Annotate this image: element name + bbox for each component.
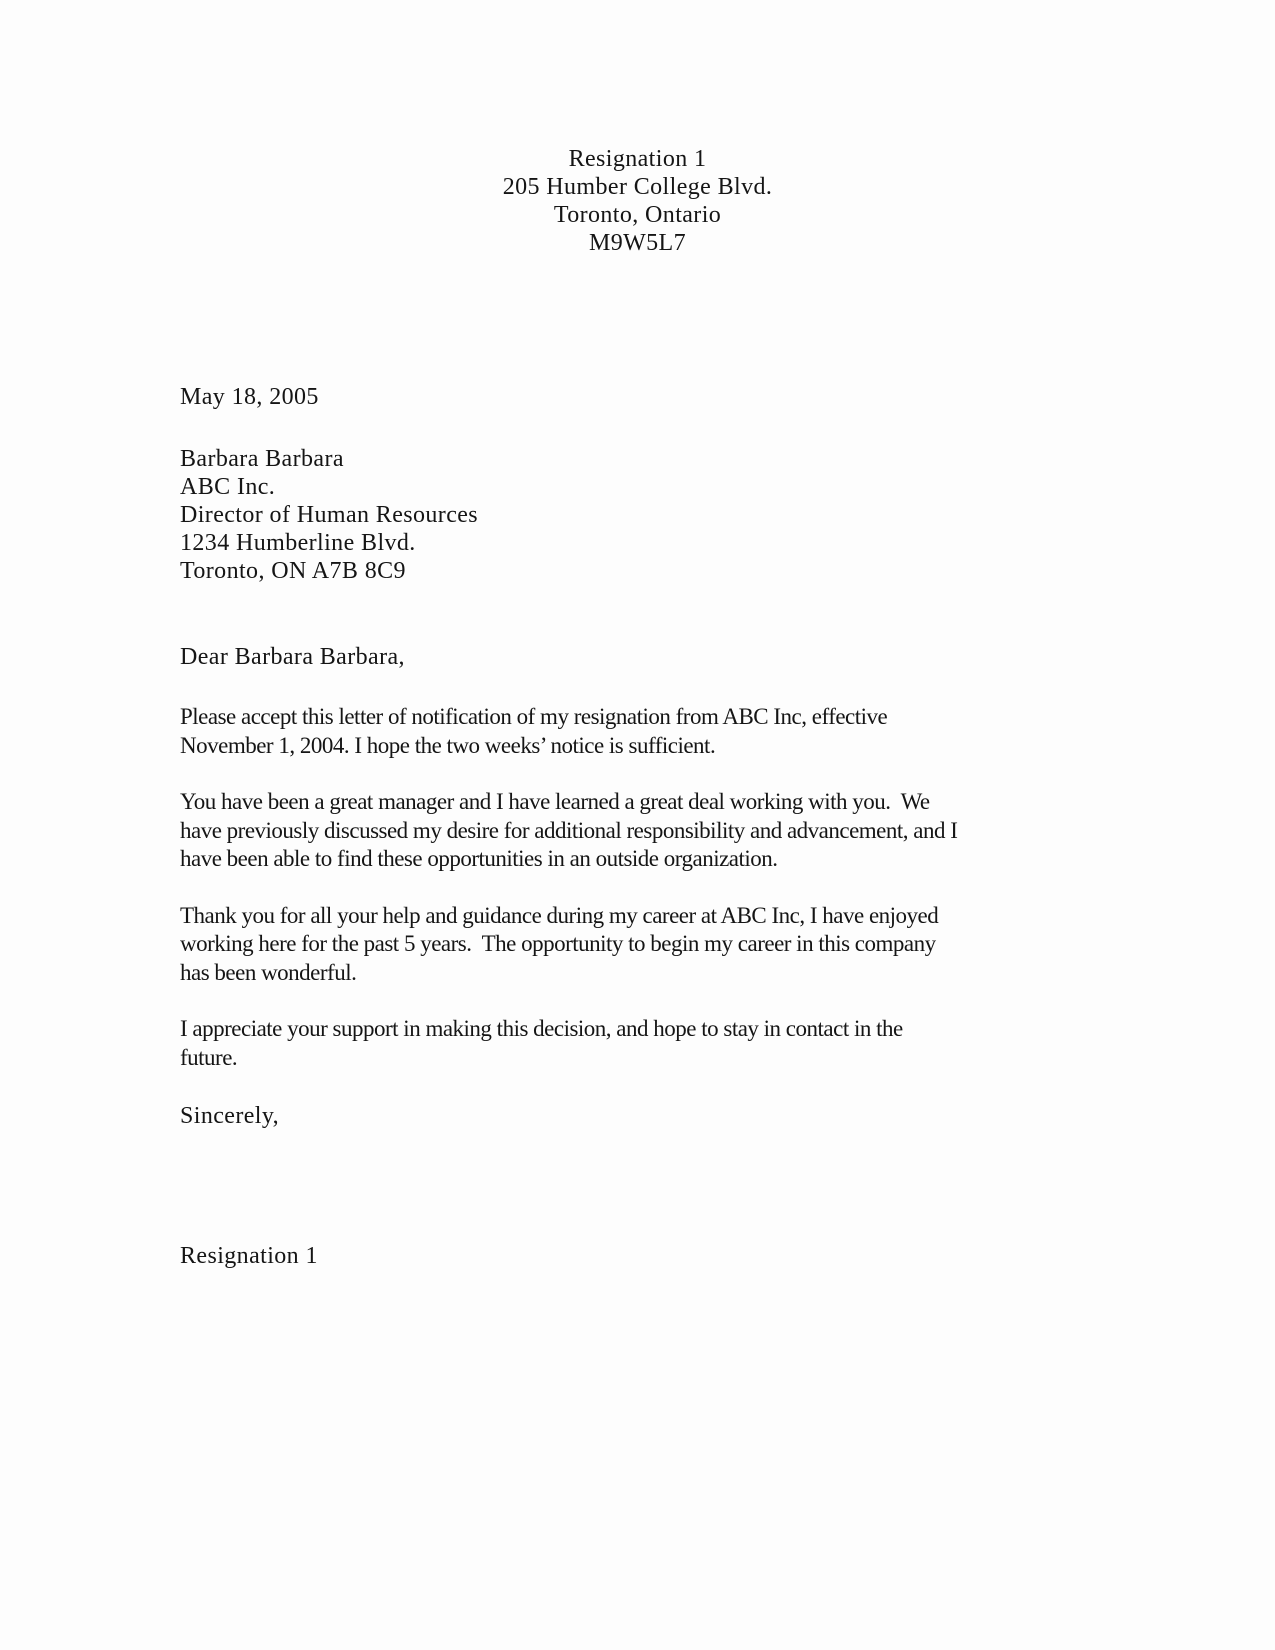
closing: Sincerely, xyxy=(180,1102,1105,1130)
letter-date: May 18, 2005 xyxy=(180,383,1105,411)
letterhead: Resignation 1 205 Humber College Blvd. T… xyxy=(0,145,1275,257)
salutation: Dear Barbara Barbara, xyxy=(180,643,1105,671)
signature-name: Resignation 1 xyxy=(180,1242,1105,1270)
body-paragraph-2: You have been a great manager and I have… xyxy=(180,788,1105,874)
body-paragraph-3: Thank you for all your help and guidance… xyxy=(180,902,1105,988)
recipient-address: Barbara Barbara ABC Inc. Director of Hum… xyxy=(180,445,1105,585)
body-paragraph-1: Please accept this letter of notificatio… xyxy=(180,703,1105,760)
body-paragraph-4: I appreciate your support in making this… xyxy=(180,1015,1105,1072)
letter-page: Resignation 1 205 Humber College Blvd. T… xyxy=(0,0,1275,1650)
